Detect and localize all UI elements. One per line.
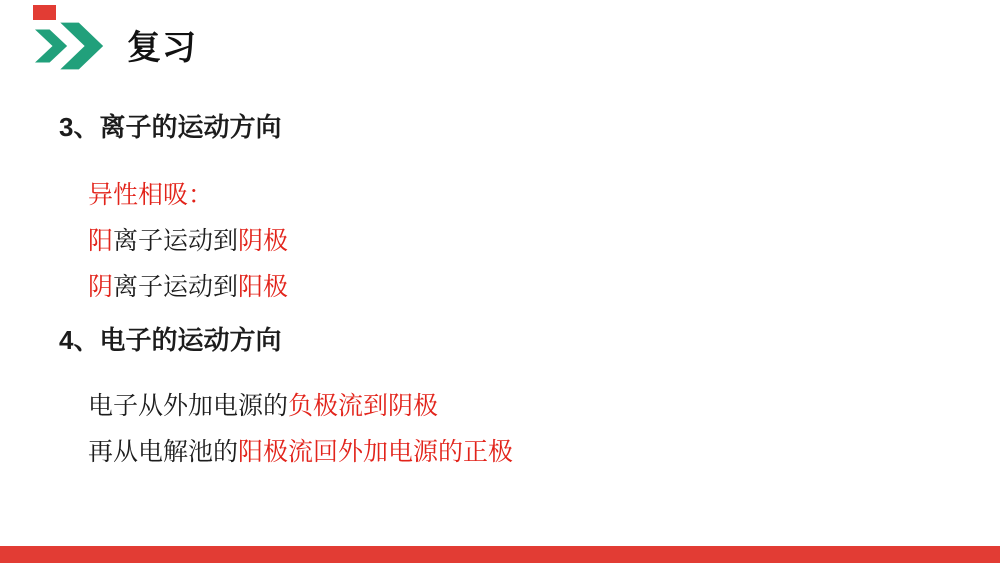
- text-segment: 异性相吸：: [88, 181, 213, 209]
- text-segment: 电子从外加电源的: [88, 392, 288, 420]
- header: 复习: [35, 22, 197, 70]
- slide: 复习 3、离子的运动方向 异性相吸： 阳离子运动到阴极 阴离子运动到阳极 4、电…: [0, 0, 1000, 563]
- double-chevron-right-icon: [35, 22, 109, 70]
- red-corner-marker: [33, 5, 56, 20]
- text-segment: 阳: [88, 227, 113, 255]
- text-line: 电子从外加电源的负极流到阴极: [88, 392, 438, 421]
- text-segment: 负极流到阴极: [288, 392, 438, 420]
- text-segment: 阴: [88, 273, 113, 301]
- text-line: 阴离子运动到阳极: [88, 273, 288, 302]
- text-line: 阳离子运动到阴极: [88, 227, 288, 256]
- text-segment: 离子运动到: [113, 227, 238, 255]
- page-title: 复习: [127, 27, 197, 65]
- text-line: 再从电解池的阳极流回外加电源的正极: [88, 438, 513, 467]
- section-4-heading: 4、电子的运动方向: [59, 327, 281, 353]
- text-segment: 阳极: [238, 273, 288, 301]
- text-line: 异性相吸：: [88, 181, 213, 210]
- text-segment: 阳极流回外加电源的正极: [238, 438, 513, 466]
- text-segment: 再从电解池的: [88, 438, 238, 466]
- bottom-red-bar: [0, 546, 1000, 563]
- section-3-heading: 3、离子的运动方向: [59, 114, 281, 140]
- text-segment: 离子运动到: [113, 273, 238, 301]
- text-segment: 阴极: [238, 227, 288, 255]
